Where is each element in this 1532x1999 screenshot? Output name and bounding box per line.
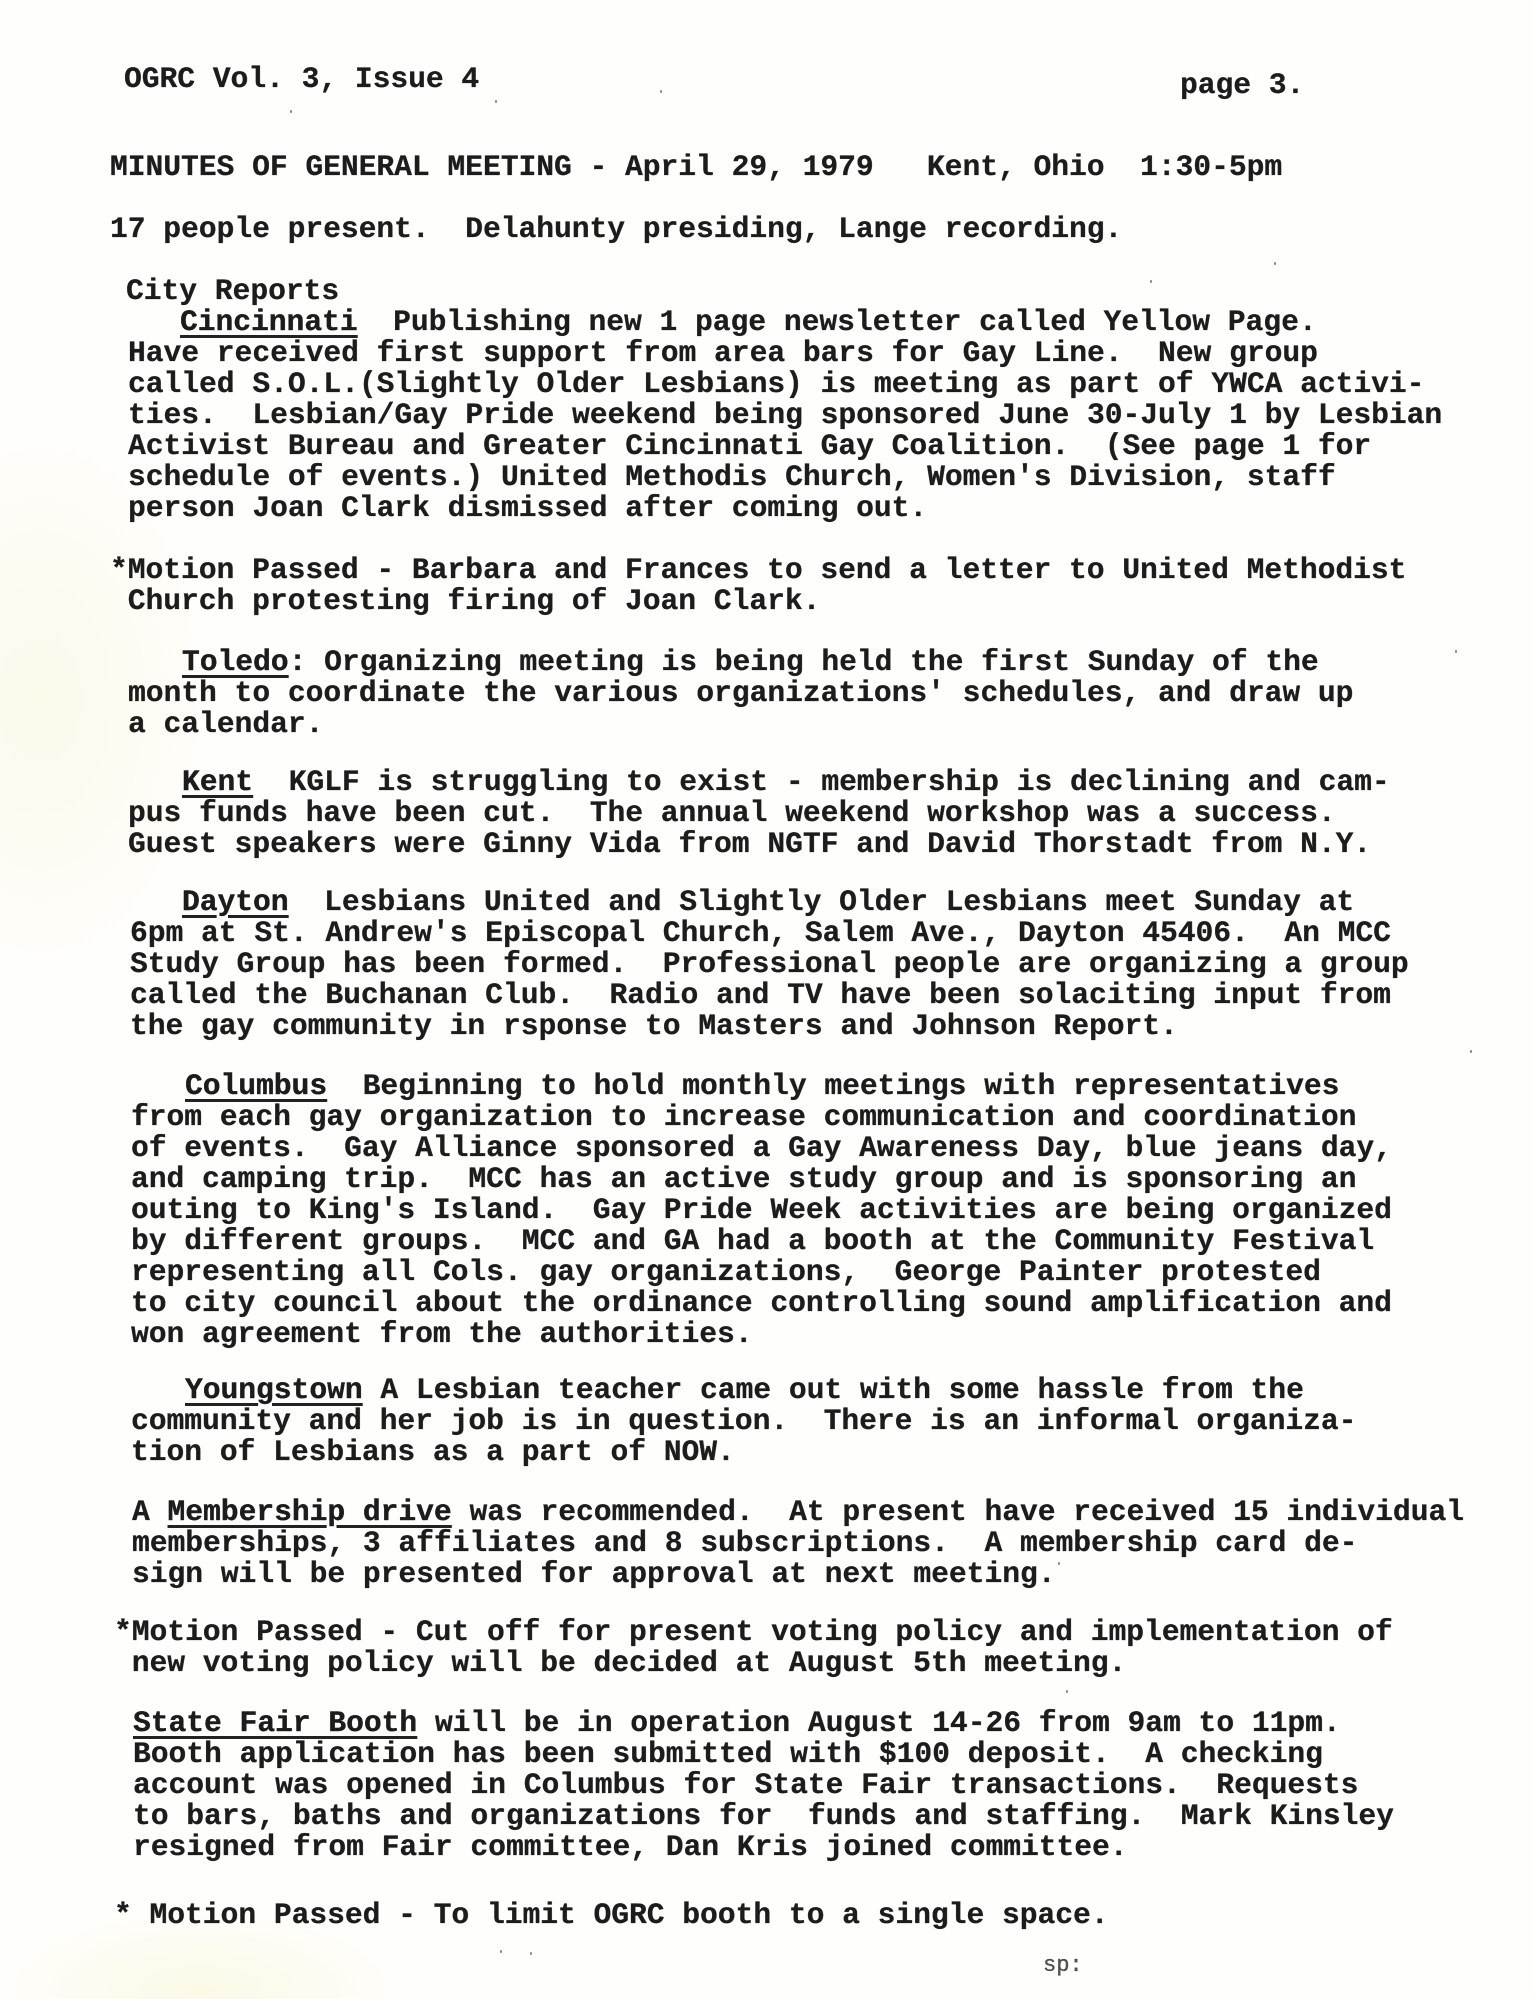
columbus-line: to city council about the ordinance cont…	[131, 1288, 1392, 1319]
kent-line: pus funds have been cut. The annual week…	[128, 798, 1336, 829]
state-fair-line: to bars, baths and organizations for fun…	[133, 1801, 1394, 1832]
toledo-line: a calendar.	[128, 709, 323, 740]
meeting-title: MINUTES OF GENERAL MEETING - April 29, 1…	[110, 152, 1282, 183]
columbus-line: won agreement from the authorities.	[131, 1319, 753, 1350]
motion-1-line: *Motion Passed - Barbara and Frances to …	[110, 555, 1406, 586]
columbus-line: and camping trip. MCC has an active stud…	[131, 1164, 1356, 1195]
dayton-line: the gay community in rsponse to Masters …	[130, 1011, 1178, 1042]
state-fair-line: Booth application has been submitted wit…	[133, 1739, 1323, 1770]
membership-first-line: A Membership drive was recommended. At p…	[132, 1497, 1464, 1528]
columbus-line: of events. Gay Alliance sponsored a Gay …	[131, 1133, 1392, 1164]
motion-2-line: new voting policy will be decided at Aug…	[114, 1648, 1126, 1679]
columbus-line: from each gay organization to increase c…	[131, 1102, 1356, 1133]
cincinnati-first-line: Cincinnati Publishing new 1 page newslet…	[180, 307, 1317, 338]
membership-line: sign will be presented for approval at n…	[132, 1559, 1055, 1590]
cincinnati-line: Activist Bureau and Greater Cincinnati G…	[128, 431, 1371, 462]
toledo-line: month to coordinate the various organiza…	[128, 678, 1353, 709]
city-toledo: Toledo	[182, 645, 289, 679]
kent-line: Guest speakers were Ginny Vida from NGTF…	[128, 829, 1371, 860]
paper-speck	[530, 1952, 532, 1955]
dayton-first-line: Dayton Lesbians United and Slightly Olde…	[182, 887, 1354, 918]
state-fair-first-line: State Fair Booth will be in operation Au…	[133, 1708, 1341, 1739]
city-dayton: Dayton	[182, 885, 289, 919]
youngstown-line: community and her job is in question. Th…	[131, 1406, 1356, 1437]
cincinnati-line: called S.O.L.(Slightly Older Lesbians) i…	[128, 369, 1424, 400]
motion-1-line: Church protesting firing of Joan Clark.	[110, 586, 820, 617]
page-continuation-fragment: sp:	[1043, 1950, 1083, 1981]
cincinnati-line: person Joan Clark dismissed after coming…	[128, 493, 927, 524]
city-cincinnati: Cincinnati	[180, 305, 358, 339]
state-fair-line: resigned from Fair committee, Dan Kris j…	[133, 1832, 1128, 1863]
section-heading-city-reports: City Reports	[126, 276, 339, 307]
cincinnati-line: Have received first support from area ba…	[128, 338, 1318, 369]
city-youngstown: Youngstown	[185, 1373, 363, 1407]
attendance: 17 people present. Delahunty presiding, …	[110, 214, 1122, 245]
paper-speck	[660, 90, 662, 93]
columbus-line: by different groups. MCC and GA had a bo…	[131, 1226, 1374, 1257]
youngstown-first-line: Youngstown A Lesbian teacher came out wi…	[185, 1375, 1304, 1406]
document-page: OGRC Vol. 3, Issue 4 page 3. MINUTES OF …	[0, 0, 1532, 1999]
paper-speck	[1274, 262, 1276, 265]
paper-speck	[1066, 1690, 1068, 1693]
issue-header: OGRC Vol. 3, Issue 4	[124, 64, 479, 95]
columbus-line: representing all Cols. gay organizations…	[131, 1257, 1321, 1288]
paper-speck	[1150, 280, 1152, 283]
dayton-line: 6pm at St. Andrew's Episcopal Church, Sa…	[130, 918, 1391, 949]
columbus-line: outing to King's Island. Gay Pride Week …	[131, 1195, 1392, 1226]
topic-membership-drive: Membership drive	[168, 1495, 452, 1529]
page-number: page 3.	[1180, 70, 1304, 101]
paper-speck	[1455, 650, 1457, 653]
kent-first-line: Kent KGLF is struggling to exist - membe…	[182, 767, 1390, 798]
columbus-first-line: Columbus Beginning to hold monthly meeti…	[185, 1071, 1339, 1102]
membership-line: memberships, 3 affiliates and 8 subscrip…	[132, 1528, 1357, 1559]
paper-speck	[290, 110, 292, 113]
motion-3-line: * Motion Passed - To limit OGRC booth to…	[114, 1900, 1109, 1931]
paper-speck	[1470, 1050, 1472, 1053]
paper-speck	[500, 1950, 502, 1953]
toledo-first-line: Toledo: Organizing meeting is being held…	[182, 647, 1319, 678]
cincinnati-line: schedule of events.) United Methodis Chu…	[128, 462, 1336, 493]
youngstown-line: tion of Lesbians as a part of NOW.	[131, 1437, 735, 1468]
topic-state-fair-booth: State Fair Booth	[133, 1706, 417, 1740]
paper-speck	[1058, 1562, 1060, 1565]
city-columbus: Columbus	[185, 1069, 327, 1103]
state-fair-line: account was opened in Columbus for State…	[133, 1770, 1358, 1801]
dayton-line: called the Buchanan Club. Radio and TV h…	[130, 980, 1391, 1011]
paper-speck	[495, 100, 497, 103]
dayton-line: Study Group has been formed. Professiona…	[130, 949, 1409, 980]
motion-2-line: *Motion Passed - Cut off for present vot…	[114, 1617, 1393, 1648]
cincinnati-line: ties. Lesbian/Gay Pride weekend being sp…	[128, 400, 1442, 431]
city-kent: Kent	[182, 765, 253, 799]
